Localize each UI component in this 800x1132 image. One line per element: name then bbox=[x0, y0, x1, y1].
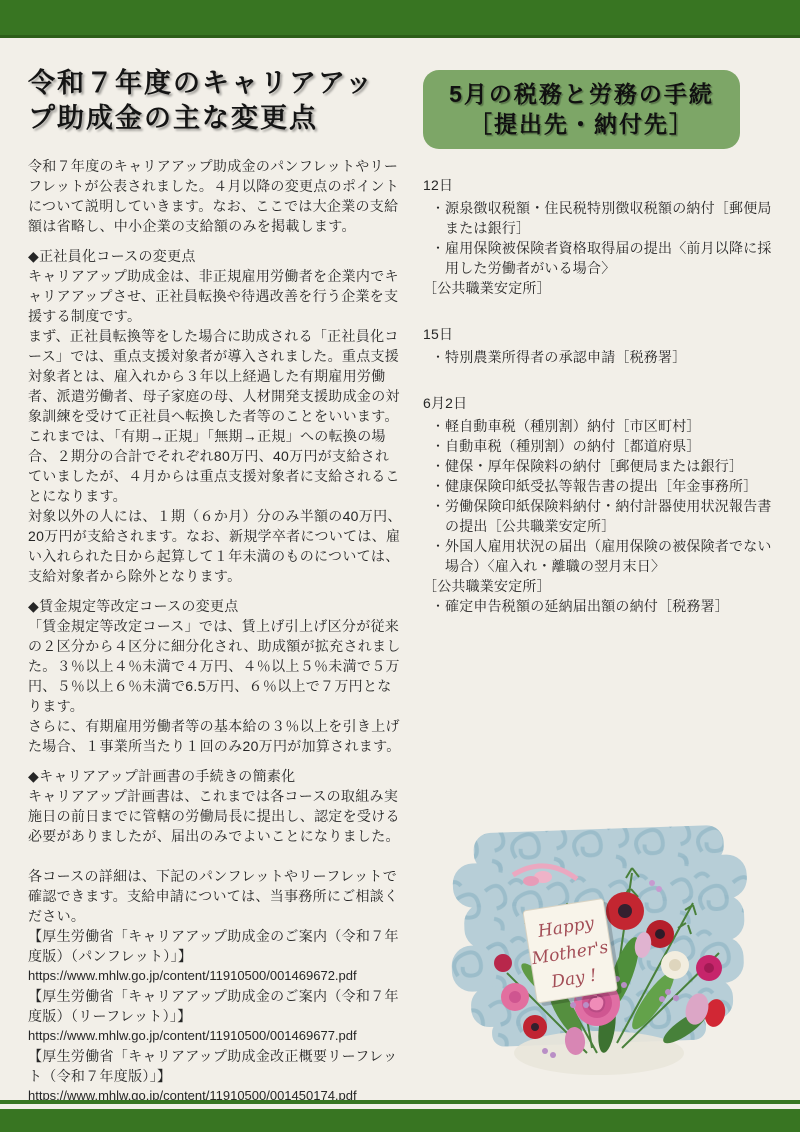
left-article: 令和７年度のキャリアアップ助成金の主な変更点 令和７年度のキャリアアップ助成金の… bbox=[28, 66, 402, 1106]
footer-green-bar bbox=[0, 1109, 800, 1132]
bullet-icon: ・ bbox=[423, 596, 445, 616]
intro-paragraph: 令和７年度のキャリアアップ助成金のパンフレットやリーフレットが公表されました。４… bbox=[28, 156, 402, 236]
newsletter-page: 令和７年度のキャリアアップ助成金の主な変更点 令和７年度のキャリアアップ助成金の… bbox=[0, 0, 800, 1132]
section-heading: ◆正社員化コースの変更点 bbox=[28, 246, 402, 266]
reference-links: 【厚生労働省「キャリアアップ助成金のご案内（令和７年度版）（パンフレット）」】 … bbox=[28, 926, 402, 1106]
schedule-item: ・ 労働保険印紙保険料納付・納付計器使用状況報告書の提出［公共職業安定所］ bbox=[423, 496, 785, 536]
bullet-icon: ・ bbox=[423, 456, 445, 476]
bullet-icon: ・ bbox=[423, 416, 445, 436]
bullet-icon: ・ bbox=[423, 476, 445, 496]
schedule-title-line1: 5月の税務と労務の手続 bbox=[439, 79, 724, 109]
schedule-item: ・ 健康保険印紙受払等報告書の提出［年金事務所］ bbox=[423, 476, 785, 496]
schedule-group-15: 15日 ・ 特別農業所得者の承認申請［税務署］ bbox=[423, 324, 785, 367]
schedule-title-line2: ［提出先・納付先］ bbox=[439, 109, 724, 139]
schedule-list: 12日 ・ 源泉徴収税額・住民税特別徴収税額の納付［郵便局または銀行］ ・ 雇用… bbox=[423, 175, 785, 616]
schedule-footnote: ［公共職業安定所］ bbox=[423, 576, 785, 596]
bullet-icon: ・ bbox=[423, 198, 445, 238]
section-heading: ◆賃金規定等改定コースの変更点 bbox=[28, 596, 402, 616]
schedule-item: ・ 特別農業所得者の承認申請［税務署］ bbox=[423, 347, 785, 367]
schedule-date: 6月2日 bbox=[423, 393, 785, 413]
schedule-title-box: 5月の税務と労務の手続 ［提出先・納付先］ bbox=[423, 70, 740, 149]
link-label: 【厚生労働省「キャリアアップ助成金改正概要リーフレット（令和７年度版）」】 bbox=[28, 1046, 402, 1086]
section-paragraph: 「賃金規定等改定コース」では、賃上げ引上げ区分が従来の２区分から４区分に細分化さ… bbox=[28, 616, 402, 716]
schedule-item: ・ 源泉徴収税額・住民税特別徴収税額の納付［郵便局または銀行］ bbox=[423, 198, 785, 238]
right-article: 5月の税務と労務の手続 ［提出先・納付先］ 12日 ・ 源泉徴収税額・住民税特別… bbox=[423, 70, 785, 642]
section-wage-rules: ◆賃金規定等改定コースの変更点 「賃金規定等改定コース」では、賃上げ引上げ区分が… bbox=[28, 596, 402, 756]
bullet-icon: ・ bbox=[423, 347, 445, 367]
bullet-icon: ・ bbox=[423, 238, 445, 278]
schedule-item: ・ 外国人雇用状況の届出（雇用保険の被保険者でない場合）〈雇入れ・離職の翌月末日… bbox=[423, 536, 785, 576]
schedule-date: 12日 bbox=[423, 175, 785, 195]
schedule-item: ・ 確定申告税額の延納届出額の納付［税務署］ bbox=[423, 596, 785, 616]
bullet-icon: ・ bbox=[423, 536, 445, 576]
schedule-group-12: 12日 ・ 源泉徴収税額・住民税特別徴収税額の納付［郵便局または銀行］ ・ 雇用… bbox=[423, 175, 785, 298]
section-paragraph: まず、正社員転換等をした場合に助成される「正社員化コース」では、重点支援対象者が… bbox=[28, 326, 402, 506]
outro-paragraph: 各コースの詳細は、下記のパンフレットやリーフレットで確認できます。支給申請につい… bbox=[28, 866, 402, 926]
mothers-day-card: Happy Mother's Day ! bbox=[523, 898, 622, 1007]
section-paragraph: さらに、有期雇用労働者等の基本給の３％以上を引き上げた場合、１事業所当たり１回の… bbox=[28, 716, 402, 756]
mothers-day-photo: Happy Mother's Day ! bbox=[447, 813, 759, 1081]
section-regular-employee: ◆正社員化コースの変更点 キャリアアップ助成金は、非正規雇用労働者を企業内でキャ… bbox=[28, 246, 402, 586]
link-label: 【厚生労働省「キャリアアップ助成金のご案内（令和７年度版）（パンフレット）」】 bbox=[28, 926, 402, 966]
section-paragraph: キャリアアップ助成金は、非正規雇用労働者を企業内でキャリアアップさせ、正社員転換… bbox=[28, 266, 402, 326]
schedule-item: ・ 健保・厚年保険料の納付［郵便局または銀行］ bbox=[423, 456, 785, 476]
bullet-icon: ・ bbox=[423, 496, 445, 536]
schedule-item: ・ 雇用保険被保険者資格取得届の提出〈前月以降に採用した労働者がいる場合〉 bbox=[423, 238, 785, 278]
schedule-footnote: ［公共職業安定所］ bbox=[423, 278, 785, 298]
top-green-bar bbox=[0, 0, 800, 38]
link-url[interactable]: https://www.mhlw.go.jp/content/11910500/… bbox=[28, 1026, 402, 1046]
bullet-icon: ・ bbox=[423, 436, 445, 456]
link-url[interactable]: https://www.mhlw.go.jp/content/11910500/… bbox=[28, 966, 402, 986]
schedule-group-jun2: 6月2日 ・ 軽自動車税（種別割）納付［市区町村］ ・ 自動車税（種別割）の納付… bbox=[423, 393, 785, 616]
schedule-date: 15日 bbox=[423, 324, 785, 344]
schedule-item: ・ 自動車税（種別割）の納付［都道府県］ bbox=[423, 436, 785, 456]
page-title: 令和７年度のキャリアアップ助成金の主な変更点 bbox=[28, 66, 402, 136]
section-plan-simplification: ◆キャリアアップ計画書の手続きの簡素化 キャリアアップ計画書は、これまでは各コー… bbox=[28, 766, 402, 846]
section-paragraph: 対象以外の人には、１期（６か月）分のみ半額の40万円、20万円が支給されます。な… bbox=[28, 506, 402, 586]
section-paragraph: キャリアアップ計画書は、これまでは各コースの取組み実施日の前日までに管轄の労働局… bbox=[28, 786, 402, 846]
schedule-item: ・ 軽自動車税（種別割）納付［市区町村］ bbox=[423, 416, 785, 436]
link-label: 【厚生労働省「キャリアアップ助成金のご案内（令和７年度版）（リーフレット）」】 bbox=[28, 986, 402, 1026]
section-heading: ◆キャリアアップ計画書の手続きの簡素化 bbox=[28, 766, 402, 786]
footer-thin-line bbox=[0, 1100, 800, 1104]
